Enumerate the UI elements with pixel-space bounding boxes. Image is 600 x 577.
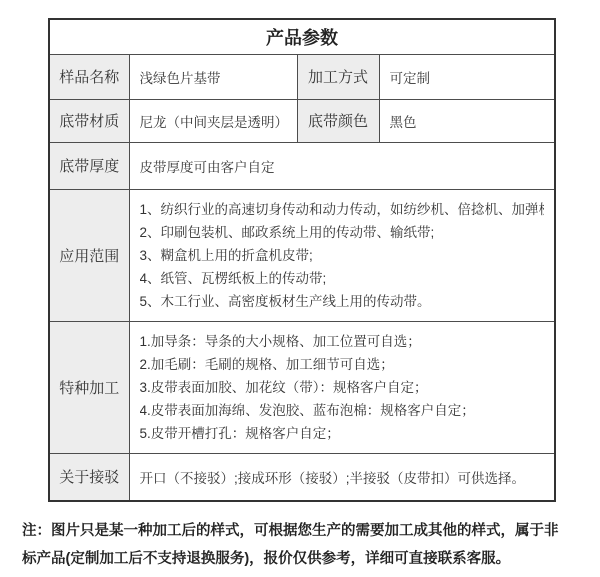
- base-color-label: 底带颜色: [297, 99, 379, 142]
- base-material-label: 底带材质: [49, 99, 129, 142]
- special-processing-line: 1.加导条：导条的大小规格、加工位置可自选；: [140, 330, 545, 353]
- table-title: 产品参数: [49, 19, 555, 54]
- application-scope-line: 2、印刷包装机、邮政系统上用的传动带、输纸带;: [140, 221, 545, 244]
- special-processing-line: 5.皮带开槽打孔：规格客户自定；: [140, 422, 545, 445]
- product-parameters-table: 产品参数 样品名称 浅绿色片基带 加工方式 可定制 底带材质 尼龙（中间夹层是透…: [48, 18, 556, 502]
- table-row: 关于接驳 开口（不接驳）;接成环形（接驳）;半接驳（皮带扣）可供选择。: [49, 453, 555, 501]
- application-scope-line: 5、木工行业、高密度板材生产线上用的传动带。: [140, 290, 545, 313]
- application-scope-line: 3、糊盒机上用的折盒机皮带;: [140, 244, 545, 267]
- base-thickness-value: 皮带厚度可由客户自定: [129, 142, 555, 189]
- table-row: 底带厚度 皮带厚度可由客户自定: [49, 142, 555, 189]
- about-joining-value: 开口（不接驳）;接成环形（接驳）;半接驳（皮带扣）可供选择。: [129, 453, 555, 501]
- sample-name-value: 浅绿色片基带: [129, 54, 297, 99]
- table-row: 底带材质 尼龙（中间夹层是透明） 底带颜色 黑色: [49, 99, 555, 142]
- special-processing-line: 4.皮带表面加海绵、发泡胶、蓝布泡棉：规格客户自定；: [140, 399, 545, 422]
- base-thickness-label: 底带厚度: [49, 142, 129, 189]
- sample-name-label: 样品名称: [49, 54, 129, 99]
- footnote: 注：图片只是某一种加工后的样式，可根据您生产的需要加工成其他的样式，属于非标产品…: [22, 517, 567, 573]
- processing-method-value: 可定制: [379, 54, 555, 99]
- table-row: 特种加工 1.加导条：导条的大小规格、加工位置可自选； 2.加毛刷：毛刷的规格、…: [49, 321, 555, 453]
- application-scope-line: 4、纸管、瓦楞纸板上的传动带;: [140, 267, 545, 290]
- application-scope-value: 1、纺织行业的高速切身传动和动力传动，如纺纱机、倍捻机、加弹机; 2、印刷包装机…: [129, 189, 555, 321]
- table-title-row: 产品参数: [49, 19, 555, 54]
- table-row: 应用范围 1、纺织行业的高速切身传动和动力传动，如纺纱机、倍捻机、加弹机; 2、…: [49, 189, 555, 321]
- about-joining-label: 关于接驳: [49, 453, 129, 501]
- application-scope-label: 应用范围: [49, 189, 129, 321]
- base-material-value: 尼龙（中间夹层是透明）: [129, 99, 297, 142]
- table-row: 样品名称 浅绿色片基带 加工方式 可定制: [49, 54, 555, 99]
- application-scope-line: 1、纺织行业的高速切身传动和动力传动，如纺纱机、倍捻机、加弹机;: [140, 198, 545, 221]
- special-processing-line: 2.加毛刷：毛刷的规格、加工细节可自选；: [140, 353, 545, 376]
- processing-method-label: 加工方式: [297, 54, 379, 99]
- base-color-value: 黑色: [379, 99, 555, 142]
- special-processing-value: 1.加导条：导条的大小规格、加工位置可自选； 2.加毛刷：毛刷的规格、加工细节可…: [129, 321, 555, 453]
- special-processing-label: 特种加工: [49, 321, 129, 453]
- special-processing-line: 3.皮带表面加胶、加花纹（带）：规格客户自定；: [140, 376, 545, 399]
